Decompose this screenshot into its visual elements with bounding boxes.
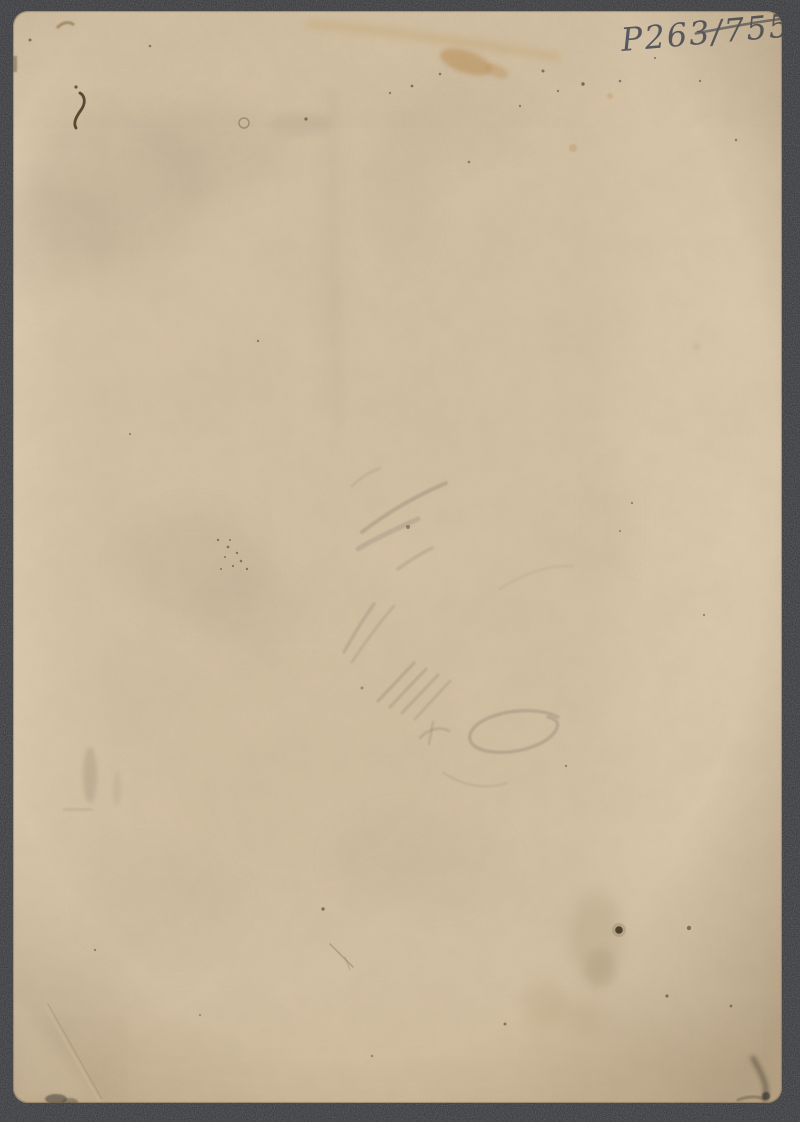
archival-scan: P263/755 (0, 0, 800, 1122)
photo-card-verso: P263/755 (0, 6, 793, 1122)
scan-canvas: P263/755 (0, 0, 800, 1122)
card-vignette (13, 11, 782, 1103)
